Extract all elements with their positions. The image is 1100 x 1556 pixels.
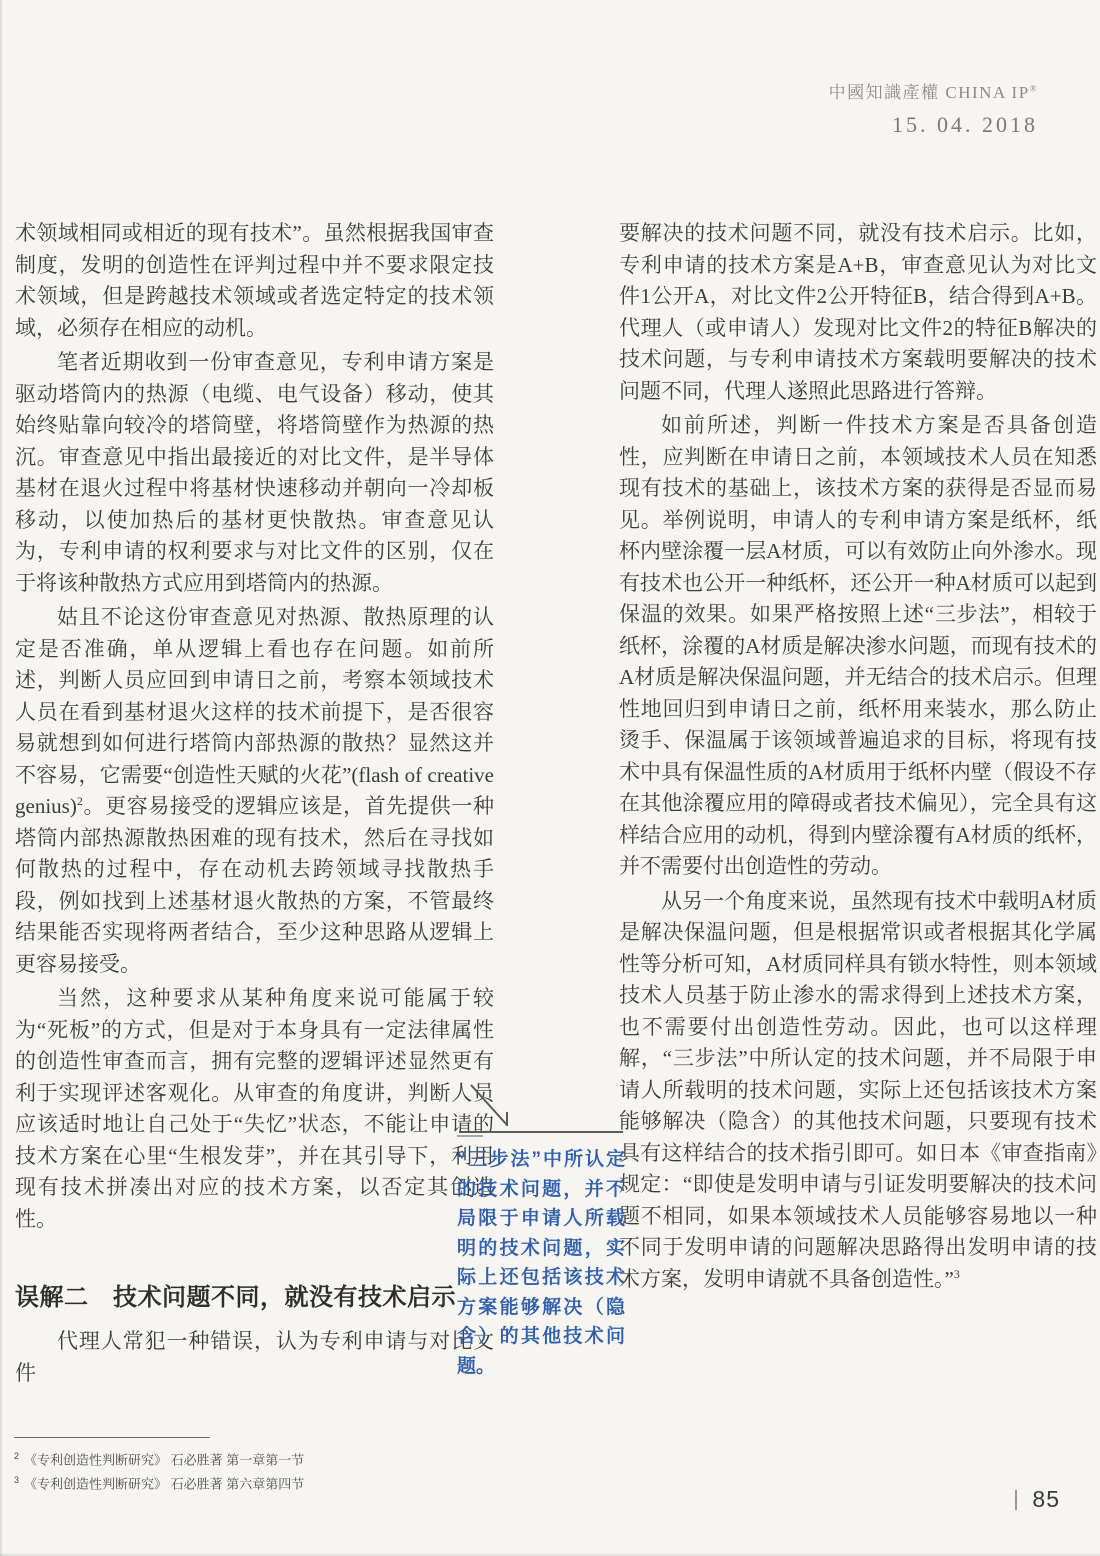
footnote-number: 3 <box>14 1475 19 1485</box>
section-heading: 误解二 技术问题不同，就没有技术启示 <box>15 1277 494 1312</box>
footnote-reference: 2 <box>77 794 83 808</box>
registered-mark: ® <box>1030 83 1038 93</box>
footnote-number: 2 <box>14 1451 19 1461</box>
right-column: 要解决的技术问题不同，就没有技术启示。比如，专利申请的技术方案是A+B，审查意见… <box>619 218 1097 1298</box>
pull-quote-text: “三步法”中所认定的技术问题，并不局限于申请人所载明的技术问题，实际上还包括该技… <box>457 1145 625 1381</box>
magazine-title: 中國知識產權 CHINA IP® <box>829 78 1038 103</box>
paragraph: 笔者近期收到一份审查意见，专利申请方案是驱动塔筒内的热源（电缆、电气设备）移动，… <box>15 347 494 599</box>
page-number-separator <box>1015 1490 1017 1510</box>
pull-quote-callout: “三步法”中所认定的技术问题，并不局限于申请人所载明的技术问题，实际上还包括该技… <box>457 1082 625 1381</box>
paragraph: 从另一个角度来说，虽然现有技术中载明A材质是解决保温问题，但是根据常识或者根据其… <box>619 886 1097 1296</box>
paragraph: 姑且不论这份审查意见对热源、散热原理的认定是否准确，单从逻辑上看也存在问题。如前… <box>15 602 494 980</box>
page-number: 85 <box>1015 1486 1060 1513</box>
magazine-title-text: 中國知識產權 CHINA IP <box>829 83 1030 102</box>
paragraph: 代理人常犯一种错误，认为专利申请与对比文件 <box>15 1326 494 1389</box>
left-column: 术领域相同或相近的现有技术”。虽然根据我国审查制度，发明的创造性在评判过程中并不… <box>15 218 494 1392</box>
paragraph: 当然，这种要求从某种角度来说可能属于较为“死板”的方式，但是对于本身具有一定法律… <box>15 983 494 1235</box>
footnote-reference: 3 <box>954 1267 960 1281</box>
callout-arrow-icon <box>457 1082 625 1138</box>
paragraph: 要解决的技术问题不同，就没有技术启示。比如，专利申请的技术方案是A+B，审查意见… <box>619 218 1097 407</box>
page-number-value: 85 <box>1032 1486 1060 1513</box>
paragraph: 如前所述，判断一件技术方案是否具备创造性，应判断在申请日之前，本领域技术人员在知… <box>619 410 1097 883</box>
issue-date: 15. 04. 2018 <box>829 112 1038 138</box>
footnote: 3《专利创造性判断研究》 石必胜著 第六章第四节 <box>14 1470 574 1494</box>
page-header: 中國知識產權 CHINA IP® 15. 04. 2018 <box>829 78 1038 138</box>
magazine-page: 中國知識產權 CHINA IP® 15. 04. 2018 术领域相同或相近的现… <box>0 0 1100 1556</box>
footnote: 2《专利创造性判断研究》 石必胜著 第一章第一节 <box>14 1446 574 1470</box>
footnotes: 2《专利创造性判断研究》 石必胜著 第一章第一节3《专利创造性判断研究》 石必胜… <box>14 1446 574 1495</box>
paragraph: 术领域相同或相近的现有技术”。虽然根据我国审查制度，发明的创造性在评判过程中并不… <box>15 218 494 344</box>
footnote-divider <box>14 1437 210 1438</box>
